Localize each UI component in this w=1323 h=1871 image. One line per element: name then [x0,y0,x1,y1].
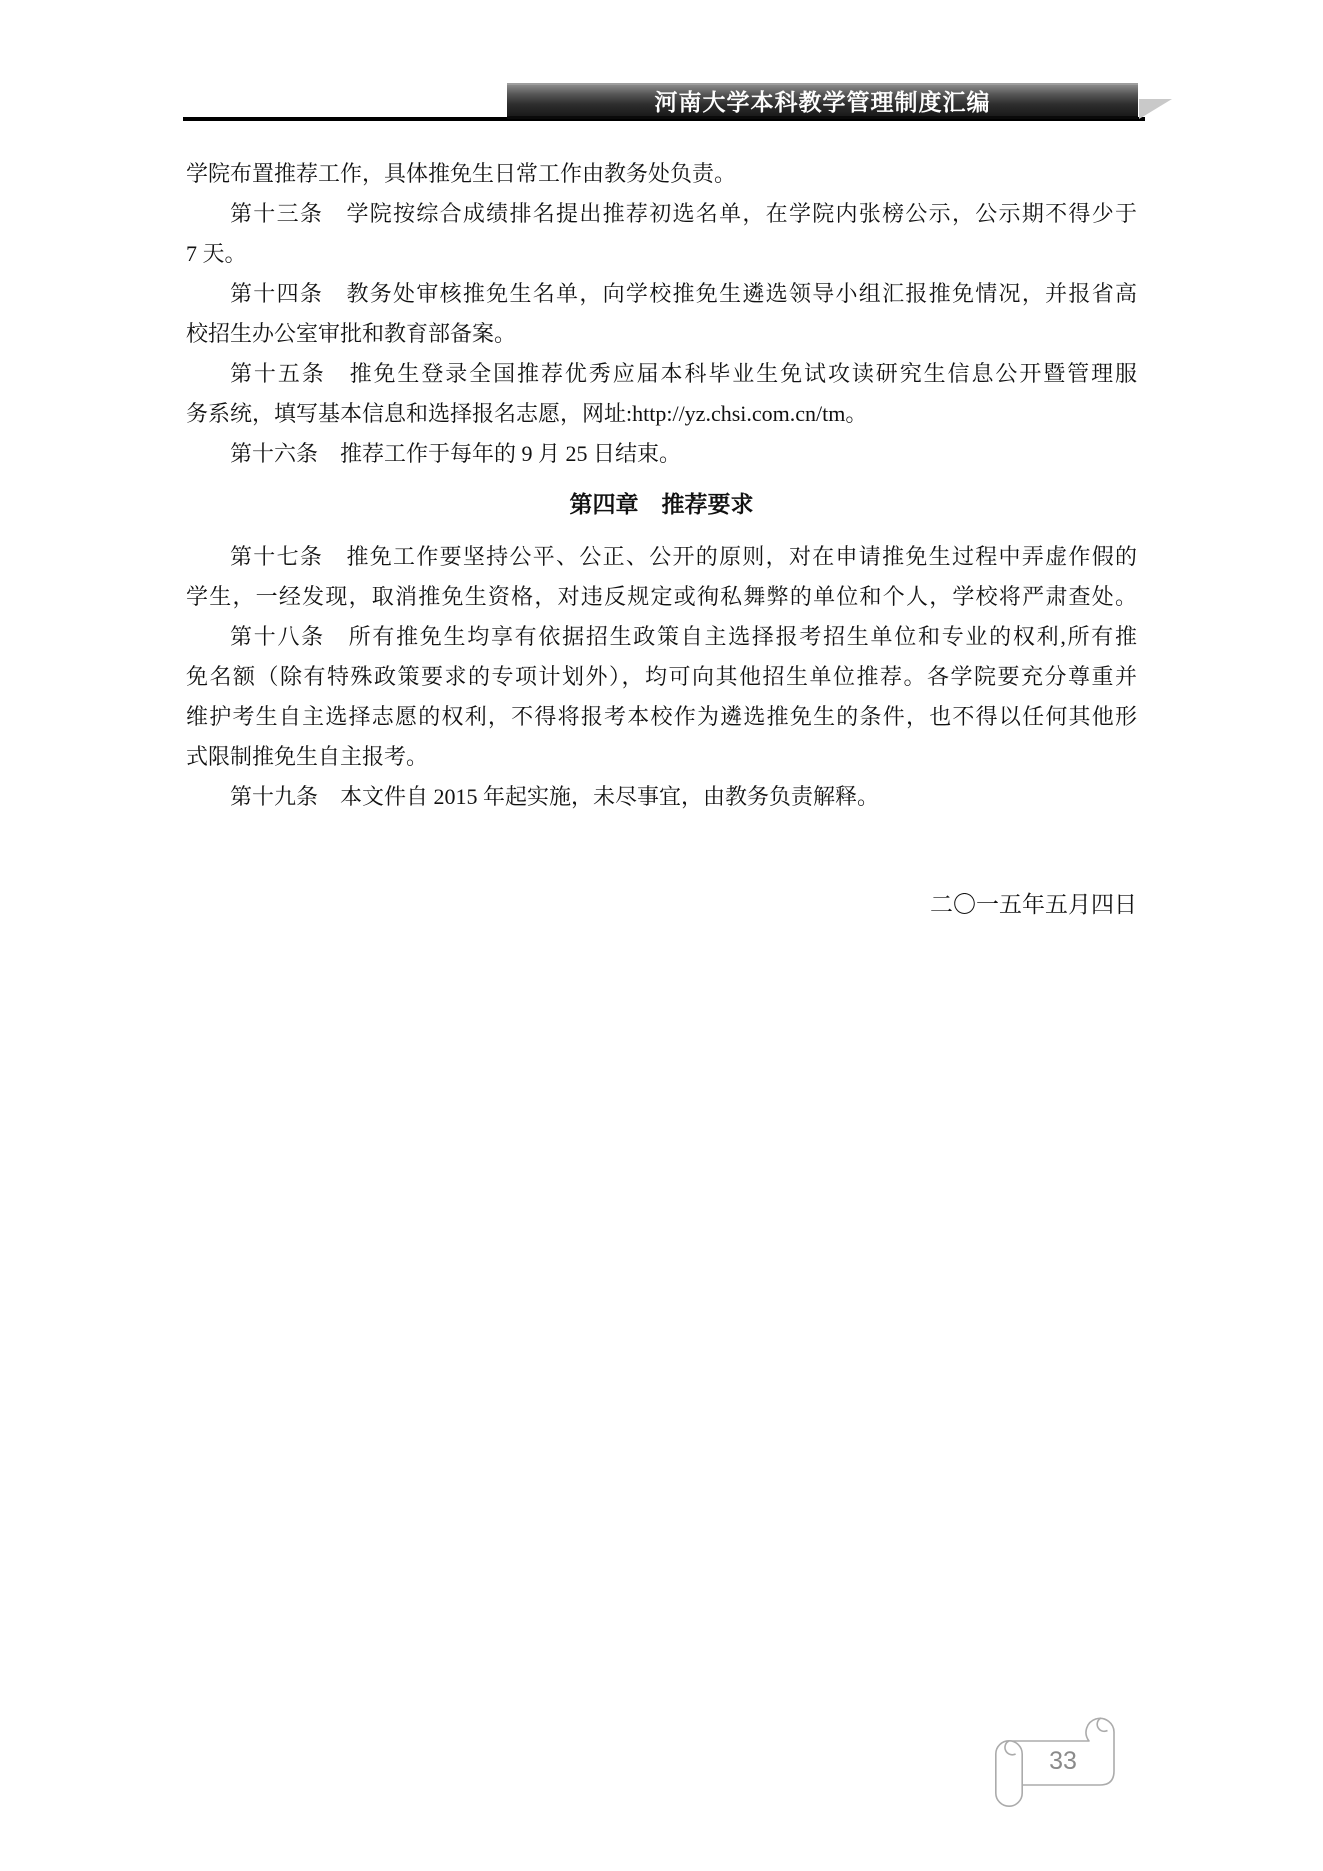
text-line: 校招生办公室审批和教育部备案。 [186,314,1137,354]
text-line: 第十八条 所有推免生均享有依据招生政策自主选择报考招生单位和专业的权利,所有推 [186,617,1137,657]
text-line: 第十六条 推荐工作于每年的 9 月 25 日结束。 [186,434,1137,474]
text-line: 式限制推免生自主报考。 [186,737,1137,777]
header-banner: 河南大学本科教学管理制度汇编 [507,83,1138,119]
page-corner-arrow-icon [1139,99,1172,119]
document-page: 河南大学本科教学管理制度汇编 学院布置推荐工作，具体推免生日常工作由教务处负责。… [0,0,1323,1871]
text-line: 免名额（除有特殊政策要求的专项计划外），均可向其他招生单位推荐。各学院要充分尊重… [186,657,1137,697]
text-line: 学生，一经发现，取消推免生资格，对违反规定或徇私舞弊的单位和个人，学校将严肃查处… [186,577,1137,617]
page-number: 33 [1025,1746,1101,1776]
text-line: 第十三条 学院按综合成绩排名提出推荐初选名单，在学院内张榜公示，公示期不得少于 [186,194,1137,234]
document-date: 二〇一五年五月四日 [186,885,1137,925]
text-line: 务系统，填写基本信息和选择报名志愿，网址:http://yz.chsi.com.… [186,394,1137,434]
chapter-heading: 第四章 推荐要求 [186,484,1137,524]
text-line: 学院布置推荐工作，具体推免生日常工作由教务处负责。 [186,154,1137,194]
text-line: 7 天。 [186,234,1137,274]
text-line: 第十七条 推免工作要坚持公平、公正、公开的原则，对在申请推免生过程中弄虚作假的 [186,537,1137,577]
text-line: 第十四条 教务处审核推免生名单，向学校推免生遴选领导小组汇报推免情况，并报省高 [186,274,1137,314]
document-body: 学院布置推荐工作，具体推免生日常工作由教务处负责。 第十三条 学院按综合成绩排名… [186,154,1137,925]
text-line: 第十九条 本文件自 2015 年起实施，未尽事宜，由教务负责解释。 [186,777,1137,817]
text-line: 第十五条 推免生登录全国推荐优秀应届本科毕业生免试攻读研究生信息公开暨管理服 [186,354,1137,394]
text-line: 维护考生自主选择志愿的权利，不得将报考本校作为遴选推免生的条件，也不得以任何其他… [186,697,1137,737]
header-title: 河南大学本科教学管理制度汇编 [655,84,991,117]
